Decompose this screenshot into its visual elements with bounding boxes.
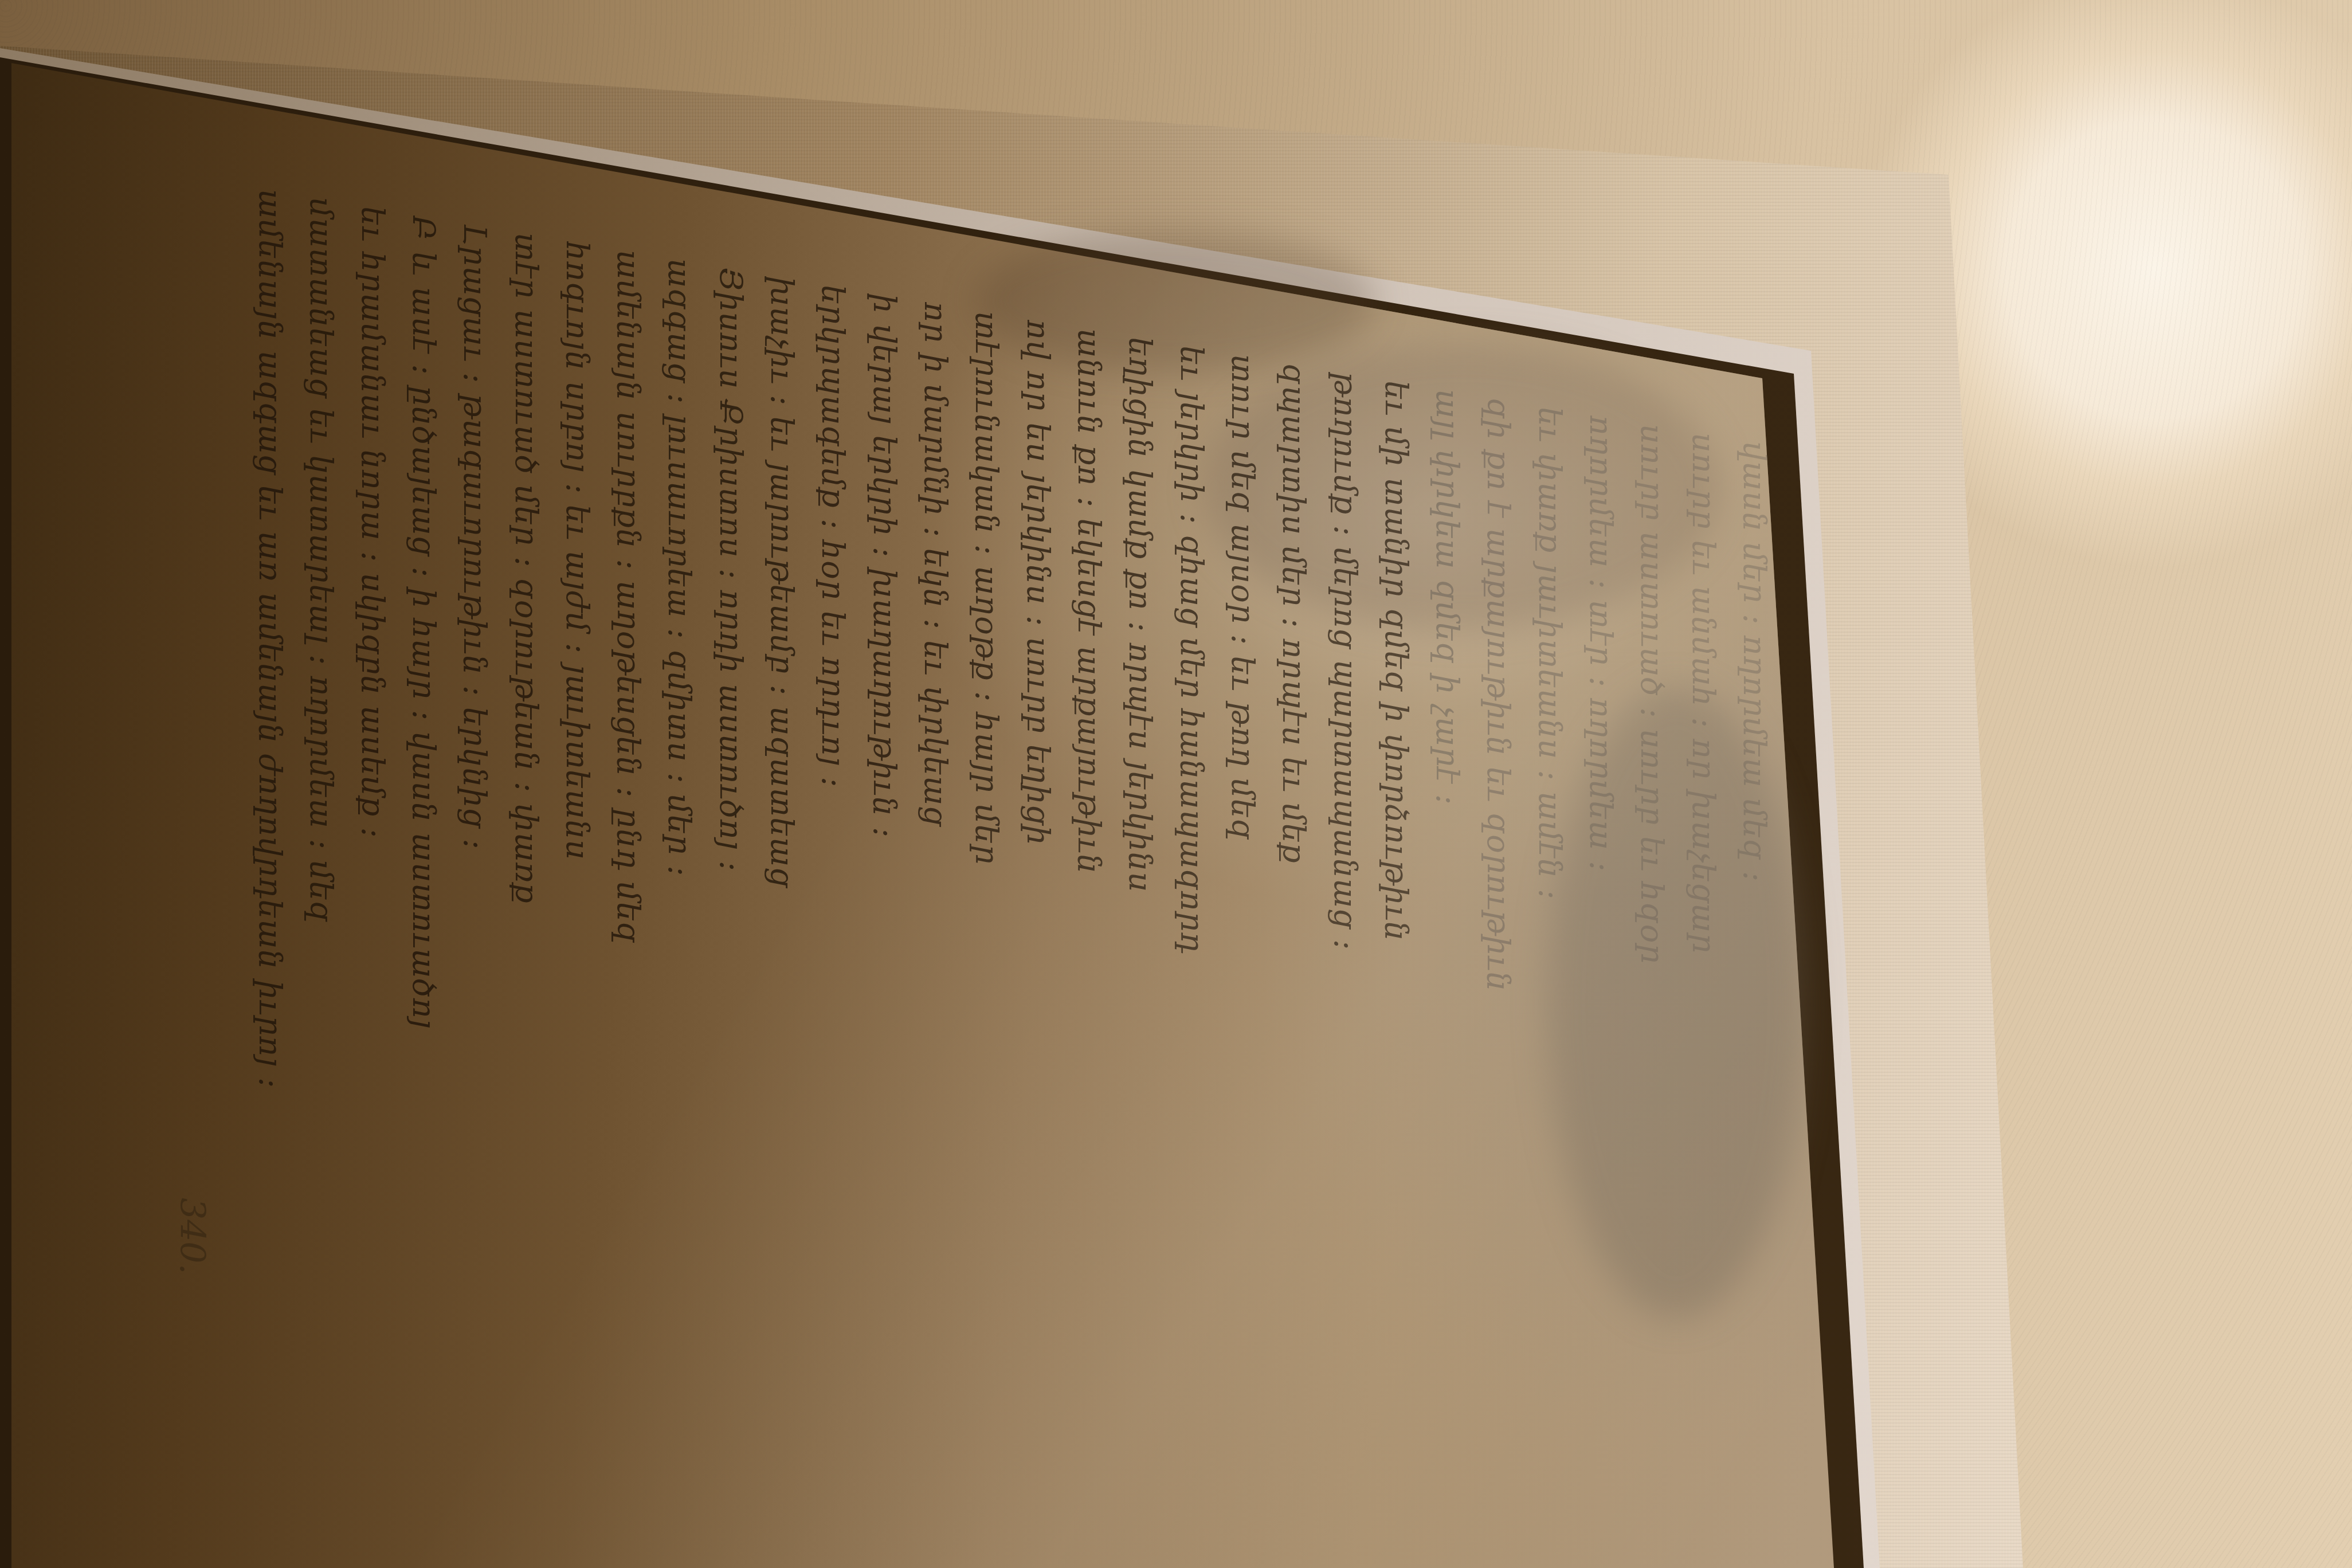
manuscript-line: սուրբ աստուած ։ սուրբ եւ հզօր — [1634, 424, 1670, 1421]
manuscript-line: ամենայն սուրբքն ։ աղօթեսցեն ։ ընդ մեզ — [610, 250, 646, 1175]
manuscript-line: ազգաց ։ լուսաւորեա ։ զմիտս ։ մեր ։ — [661, 258, 697, 1187]
manuscript-line: ի վերայ երկրի ։ խաղաղութիւն ։ — [867, 293, 903, 1236]
manuscript-line: եւ յերկրի ։ զհաց մեր հանապազորդ — [1174, 346, 1210, 1310]
manuscript-line: եւ հրամանաւ նորա ։ սկիզբն ասեմք ։ — [355, 206, 391, 1114]
manuscript-line: տուր մեզ այսօր ։ եւ թող մեզ — [1225, 354, 1261, 1322]
manuscript-line: տէր աստուած մեր ։ զօրութեան ։ փառք — [508, 233, 544, 1150]
manuscript-line: եւ փառք յաւիտեանս ։ ամէն ։ — [1532, 407, 1568, 1396]
manuscript-line: տէրունական ։ աղօթք ։ հայր մեր — [969, 311, 1005, 1261]
manuscript-line: եղիցին կամք քո ։ որպէս յերկինս — [1122, 337, 1158, 1297]
manuscript-line: Բ և ասէ ։ ընծայեաց ։ ի հայր ։ վասն աստու… — [406, 215, 442, 1126]
manuscript-line: թողումք ։ մերոց պարտապանաց ։ — [1327, 372, 1363, 1347]
manuscript-line: մատանեաց եւ կատարեալ ։ ողորմեա ։ մեզ — [303, 198, 339, 1101]
manuscript-line: որ ի մարմնի ։ եկն ։ եւ փրկեաց — [918, 302, 954, 1248]
manuscript-line: հոգւոյն սրբոյ ։ եւ այժմ ։ յաւիտեանս — [559, 241, 595, 1163]
manuscript-line: զի քո է արքայութիւն եւ զօրութիւն — [1480, 398, 1516, 1383]
manuscript-line: անուն քո ։ եկեսցէ արքայութիւն — [1071, 328, 1107, 1285]
manuscript-line: ամենայն ազգաց եւ առ ամենայն ժողովրդեան ի… — [252, 189, 288, 1089]
manuscript-line: զպարտիս մեր ։ որպէս եւ մեք — [1276, 363, 1312, 1335]
manuscript-line: ողորմեա ։ տէր ։ ողորմեա ։ — [1583, 415, 1619, 1409]
manuscript-line: Լրացաւ ։ թագաւորութիւն ։ երկնից ։ — [457, 224, 493, 1138]
manuscript-line: վասն մեր ։ ողորմեա մեզ ։ — [1736, 441, 1773, 1445]
manuscript-line: սուրբ եւ անմահ ։ որ խաչեցար — [1685, 433, 1722, 1433]
manuscript-line: եւ մի տանիր զմեզ ի փորձութիւն — [1378, 381, 1414, 1359]
manuscript-line: Յիսուս Քրիստոս ։ որդի աստուծոյ ։ — [713, 268, 749, 1199]
margin-pencil-note: 340. — [172, 1198, 212, 1275]
manuscript-line: ով որ ես յերկինս ։ սուրբ եղիցի — [1020, 320, 1056, 1273]
manuscript-line: այլ փրկեա զմեզ ի չարէ ։ — [1429, 389, 1465, 1371]
manuscript-line: երկրպագեմք ։ հօր եւ որդւոյ ։ — [815, 285, 851, 1224]
manuscript-line: խաչիւ ։ եւ յարութեամբ ։ ազատեաց — [764, 276, 800, 1212]
